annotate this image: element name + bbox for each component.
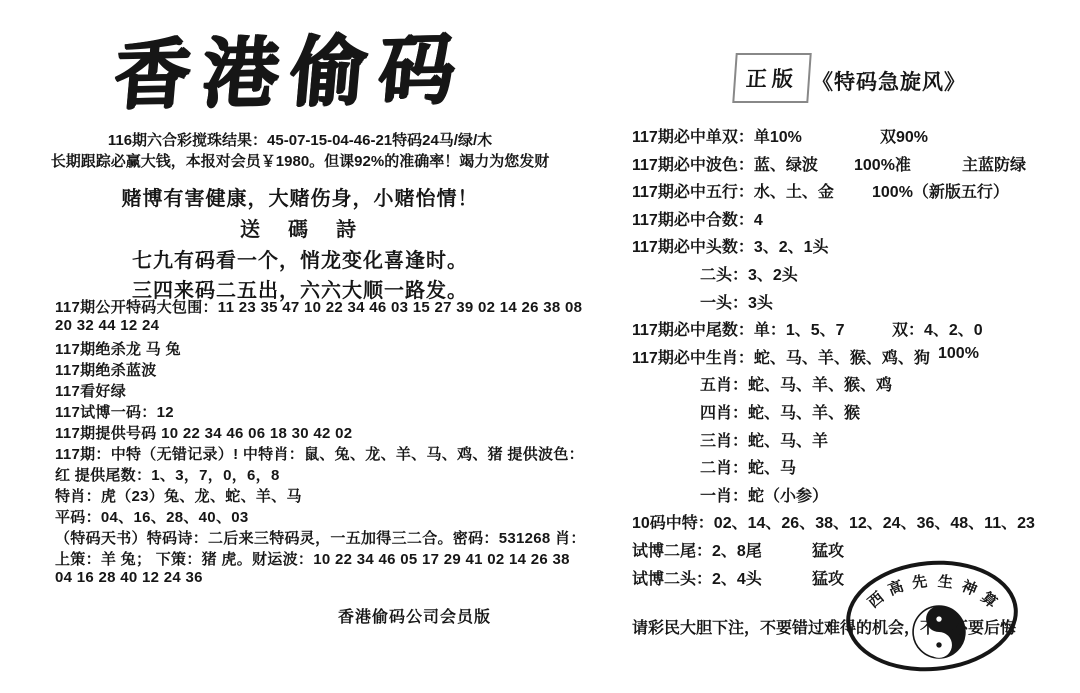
- line-segment: 双：4、2、0: [892, 317, 983, 340]
- right-list-line: 117期必中单双：单10%双90%: [632, 124, 1078, 148]
- genuine-badge: 正版: [732, 53, 811, 103]
- right-list-line: 117期必中五行：水、土、金100%（新版五行）: [632, 179, 1078, 203]
- left-list-line: 117看好绿: [55, 380, 126, 401]
- left-list-line: 04 16 28 40 12 24 36: [55, 569, 203, 586]
- left-list-line: （特码天书）特码诗：二后来三特码灵，一五加得三二合。密码：531268 肖：: [55, 527, 586, 548]
- line-segment: 一头：3头: [700, 290, 773, 313]
- left-list-line: 117期绝杀龙 马 兔: [55, 338, 181, 359]
- left-list-line: 红 提供尾数：1、3，7，0，6，8: [55, 464, 280, 485]
- right-page-footer: 请彩民大胆下注，不要错过难得的机会，不 不要后悔: [632, 615, 1080, 639]
- line-segment: 二头：3、2头: [700, 262, 798, 285]
- draw-result-line: 116期六合彩搅珠结果：45-07-15-04-46-21特码24马/绿/木: [40, 129, 560, 150]
- line-segment: 100%准: [854, 152, 911, 175]
- line-segment: 二肖：蛇、马: [700, 455, 796, 478]
- left-list-line: 117期公开特码大包围：11 23 35 47 10 22 34 46 03 1…: [55, 296, 582, 317]
- line-segment: 117期必中生肖：蛇、马、羊、猴、鸡、狗: [632, 345, 930, 368]
- left-list-line: 117期：中特（无错记录）! 中特肖：鼠、兔、龙、羊、马、鸡、猪 提供波色：: [55, 443, 584, 464]
- line-segment: 三肖：蛇、马、羊: [700, 428, 828, 451]
- right-list-line: 试博二尾：2、8尾猛攻: [632, 538, 1078, 562]
- right-list-line: 117期必中生肖：蛇、马、羊、猴、鸡、狗100%: [632, 345, 1078, 369]
- line-segment: 猛攻: [812, 566, 844, 589]
- line-segment: 猛攻: [812, 538, 844, 561]
- health-warning: 赌博有害健康，大赌伤身，小赌怡情！: [40, 182, 560, 211]
- seal-arc-char: 生: [937, 570, 954, 593]
- line-segment: 试博二尾：2、8尾: [632, 538, 762, 561]
- right-list-line: 117期必中波色：蓝、绿波100%准主蓝防绿: [632, 152, 1078, 176]
- line-segment: 100%（新版五行）: [872, 179, 1009, 202]
- poem-line-1: 七九有码看一个，悄龙变化喜逢时。: [40, 244, 560, 273]
- lottery-tip-sheet: 香港偷码 116期六合彩搅珠结果：45-07-15-04-46-21特码24马/…: [0, 0, 1080, 693]
- line-segment: 四肖：蛇、马、羊、猴: [700, 400, 860, 423]
- seal-arc-char: 先: [911, 570, 928, 593]
- right-list-line: 三肖：蛇、马、羊: [632, 428, 1078, 452]
- line-segment: 117期必中合数：4: [632, 207, 763, 230]
- right-list-line: 10码中特：02、14、26、38、12、24、36、48、11、23: [632, 510, 1078, 534]
- left-page-footer: 香港偷码公司会员版: [338, 604, 491, 627]
- right-list-line: 四肖：蛇、马、羊、猴: [632, 400, 1078, 424]
- masthead-title: 香港偷码: [56, 30, 523, 114]
- line-segment: 10码中特：02、14、26、38、12、24、36、48、11、23: [632, 510, 1035, 533]
- right-list-line: 一头：3头: [632, 290, 1078, 314]
- left-list-line: 20 32 44 12 24: [55, 317, 159, 334]
- right-list-line: 一肖：蛇（小参）: [632, 483, 1078, 507]
- line-segment: 117期必中五行：水、土、金: [632, 179, 834, 202]
- right-list-line: 五肖：蛇、马、羊、猴、鸡: [632, 372, 1078, 396]
- right-list-line: 117期必中头数：3、2、1头: [632, 234, 1078, 258]
- line-segment: 117期必中头数：3、2、1头: [632, 234, 829, 257]
- line-segment: 100%: [938, 345, 979, 363]
- line-segment: 双90%: [880, 124, 928, 147]
- line-segment: 117期必中单双：单10%: [632, 124, 802, 147]
- left-list-line: 平码：04、16、28、40、03: [55, 506, 249, 527]
- left-list-line: 上策：羊 兔； 下策：猪 虎。财运波：10 22 34 46 05 17 29 …: [55, 548, 570, 569]
- left-list-line: 117试博一码：12: [55, 401, 174, 422]
- line-segment: 主蓝防绿: [962, 152, 1026, 175]
- right-list-line: 117期必中尾数：单：1、5、7双：4、2、0: [632, 317, 1078, 341]
- line-segment: 117期必中尾数：单：1、5、7: [632, 317, 845, 340]
- footer-text-right: 不要后悔: [952, 615, 1016, 638]
- footer-text-left: 请彩民大胆下注，不要错过难得的机会，不: [632, 615, 936, 638]
- line-segment: 试博二头：2、4头: [632, 566, 762, 589]
- right-list-line: 117期必中合数：4: [632, 207, 1078, 231]
- left-list-line: 117期提供号码 10 22 34 46 06 18 30 42 02: [55, 422, 352, 443]
- promo-line: 长期跟踪必赢大钱，本报对会员￥1980。但课92%的准确率！竭力为您发财: [40, 150, 560, 171]
- line-segment: 五肖：蛇、马、羊、猴、鸡: [700, 372, 892, 395]
- line-segment: 一肖：蛇（小参）: [700, 483, 828, 506]
- left-list-line: 117期绝杀蓝波: [55, 359, 157, 380]
- poem-title: 送 碼 詩: [40, 213, 560, 242]
- line-segment: 117期必中波色：蓝、绿波: [632, 152, 818, 175]
- right-list-line: 二头：3、2头: [632, 262, 1078, 286]
- right-page-title: 《特码急旋风》: [812, 66, 966, 96]
- right-list-line: 二肖：蛇、马: [632, 455, 1078, 479]
- left-list-line: 特肖：虎（23）兔、龙、蛇、羊、马: [55, 485, 302, 506]
